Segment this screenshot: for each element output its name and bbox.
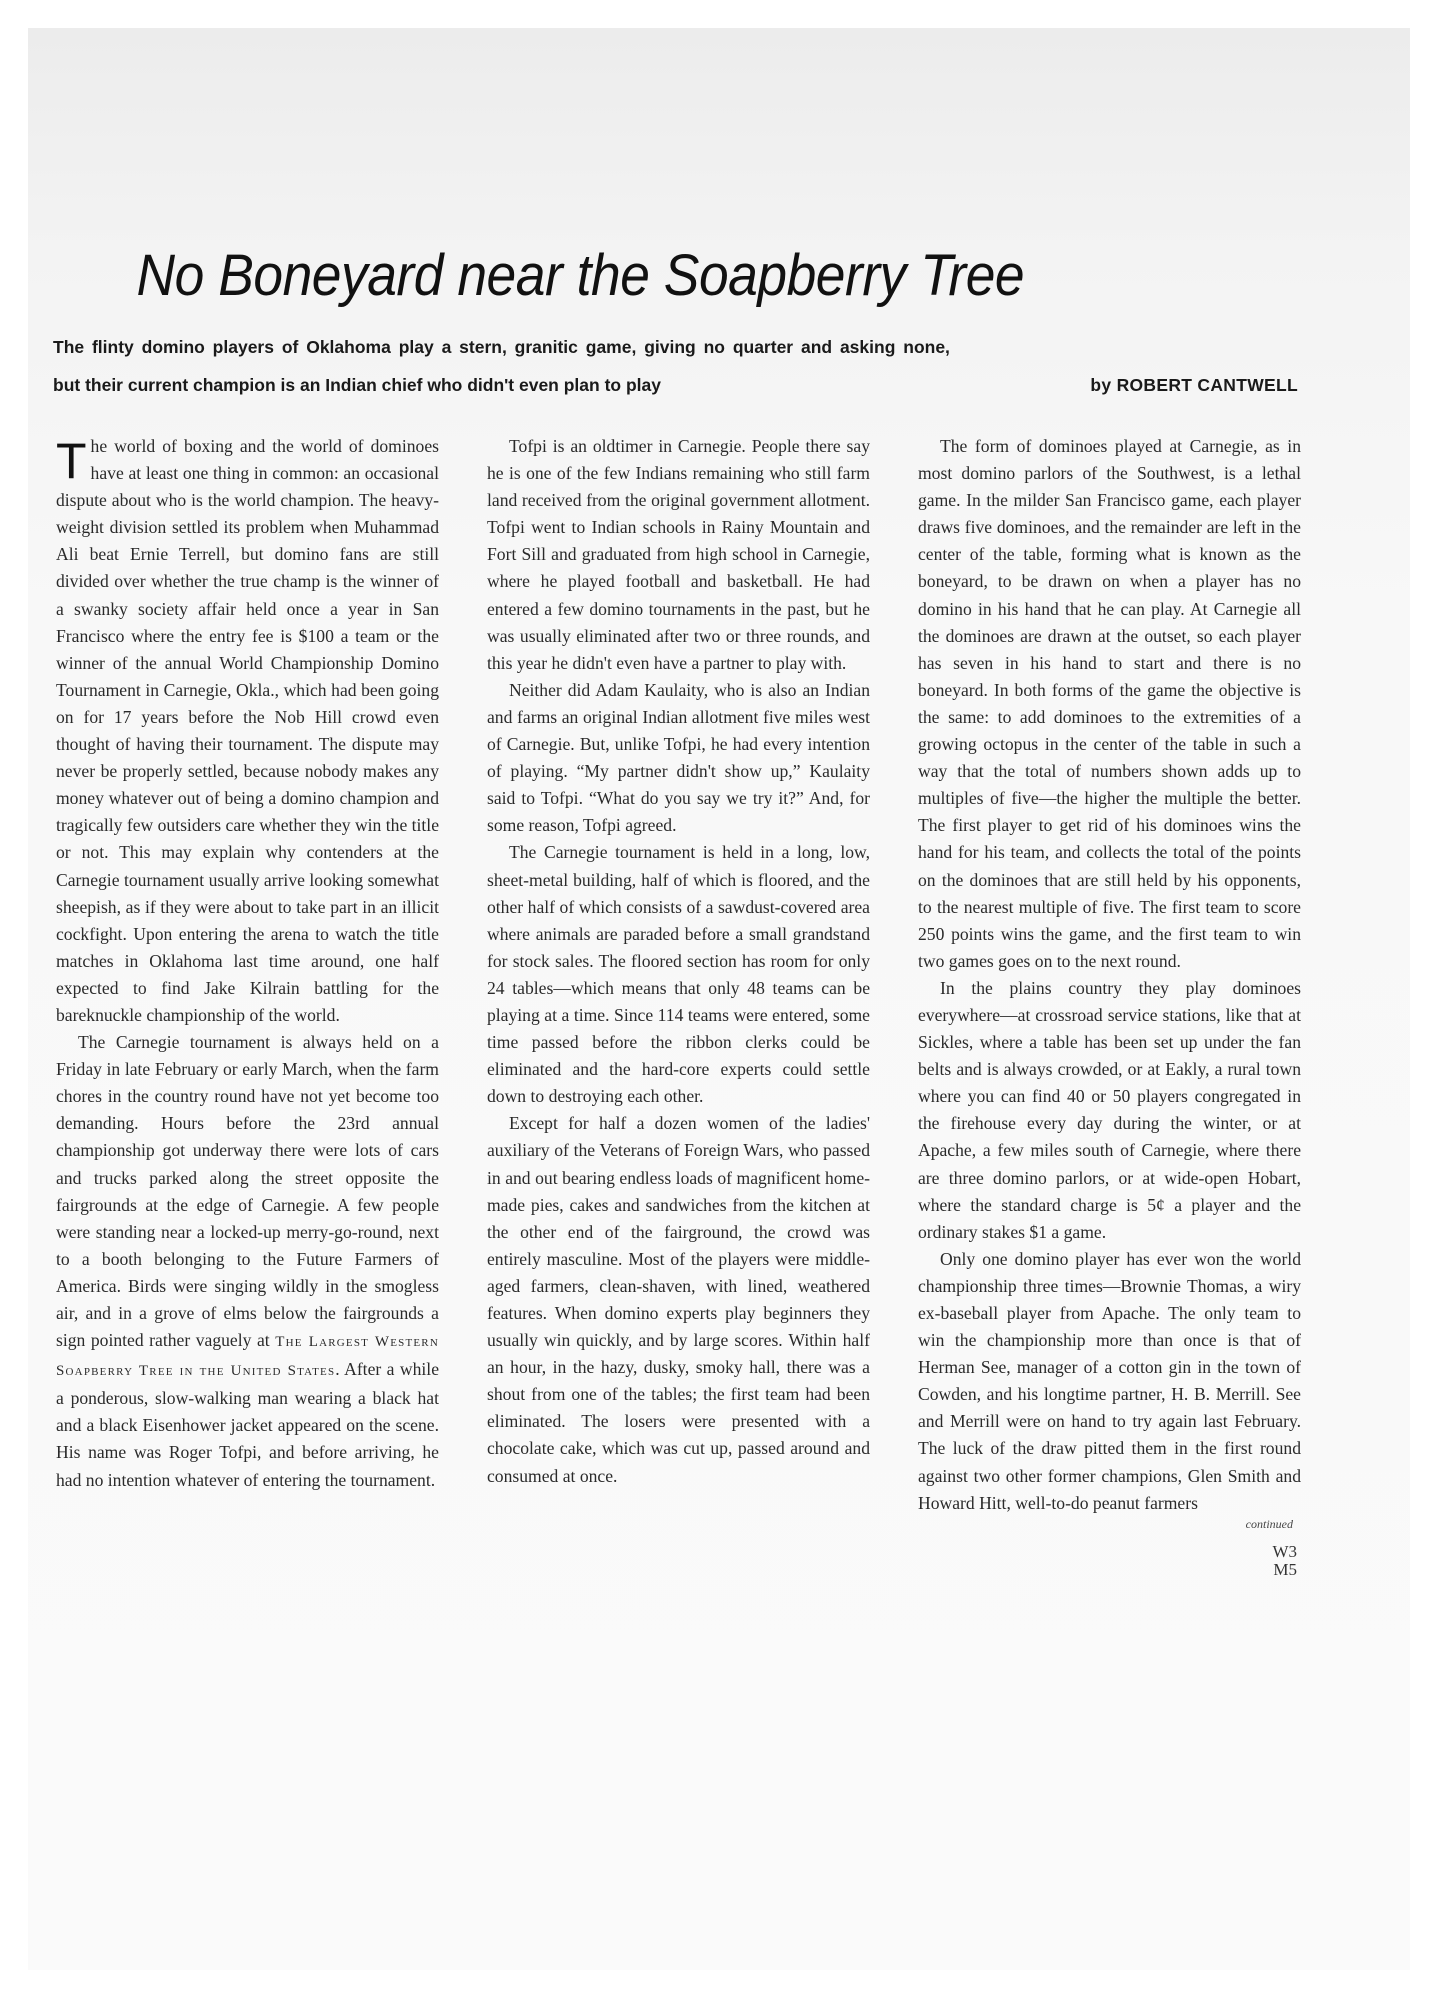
deck-line-1: The flinty domino players of Oklahoma pl… bbox=[53, 328, 1298, 366]
magazine-page: No Boneyard near the Soapberry Tree The … bbox=[28, 28, 1410, 1970]
byline: by ROBERT CANTWELL bbox=[1090, 366, 1298, 404]
page-code: M5 bbox=[918, 1561, 1297, 1579]
paragraph: Neither did Adam Kaulaity, who is also a… bbox=[487, 677, 870, 840]
column-3: The form of dominoes played at Car­negie… bbox=[918, 433, 1301, 1579]
page-codes: W3 M5 bbox=[918, 1543, 1301, 1579]
article-deck: The flinty domino players of Oklahoma pl… bbox=[53, 328, 1298, 404]
deck-line-2: but their current champion is an Indian … bbox=[53, 366, 1298, 404]
column-1: The world of boxing and the world of dom… bbox=[56, 433, 439, 1579]
paragraph: The world of boxing and the world of dom… bbox=[56, 433, 439, 1029]
paragraph: The Carnegie tournament is always held o… bbox=[56, 1029, 439, 1494]
continued-label: continued bbox=[918, 1517, 1301, 1531]
deck-text-2: but their current champion is an Indian … bbox=[53, 366, 661, 404]
article-headline: No Boneyard near the Soapberry Tree bbox=[28, 242, 1299, 309]
paragraph: Except for half a dozen women of the lad… bbox=[487, 1110, 870, 1489]
paragraph-text: he world of boxing and the world of domi… bbox=[56, 436, 439, 1025]
column-2: Tofpi is an oldtimer in Carnegie. Peo­pl… bbox=[487, 433, 870, 1579]
drop-cap: T bbox=[56, 439, 87, 483]
deck-text-1: The flinty domino players of Oklahoma pl… bbox=[53, 328, 950, 366]
paragraph: In the plains country they play domi­noe… bbox=[918, 975, 1301, 1246]
paragraph: The form of dominoes played at Car­negie… bbox=[918, 433, 1301, 975]
paragraph: Tofpi is an oldtimer in Carnegie. Peo­pl… bbox=[487, 433, 870, 677]
article-body: The world of boxing and the world of dom… bbox=[56, 433, 1301, 1579]
page-code: W3 bbox=[918, 1543, 1297, 1561]
paragraph: The Carnegie tournament is held in a lon… bbox=[487, 839, 870, 1110]
paragraph: Only one domino player has ever won the … bbox=[918, 1246, 1301, 1517]
paragraph-text: The Carnegie tournament is always held o… bbox=[56, 1032, 439, 1350]
